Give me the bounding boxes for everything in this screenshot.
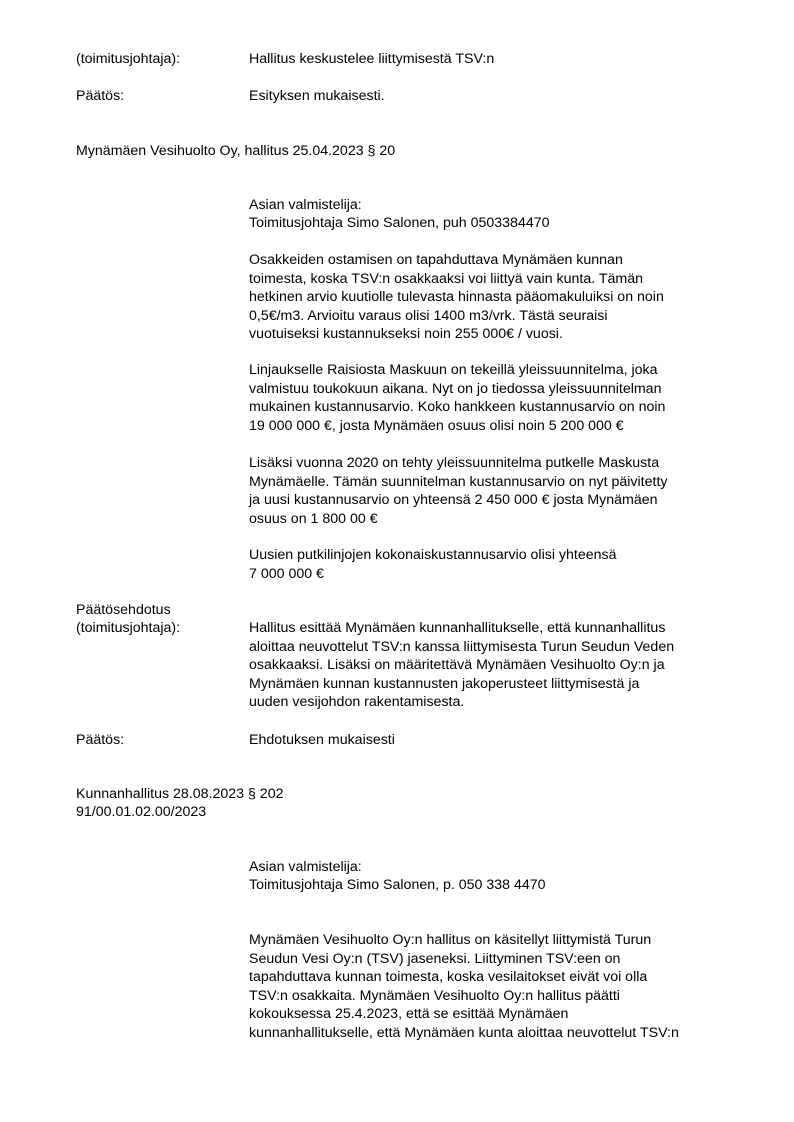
row1-value: Hallitus keskustelee liittymisestä TSV:n [249,50,494,69]
section2-heading: Kunnanhallitus 28.08.2023 § 202 [76,785,283,804]
section2-case-number: 91/00.01.02.00/2023 [76,803,206,822]
text-line: kokouksessa 25.4.2023, että se esittää M… [249,1005,679,1024]
text-line: uuden vesijohdon rakentamisesta. [249,693,674,712]
proposal-label: Päätösehdotus [76,601,171,620]
text-line: ja uusi kustannusarvio on yhteensä 2 450… [249,491,668,510]
text-line: mukainen kustannusarvio. Koko hankkeen k… [249,398,665,417]
section1-preparer-label: Asian valmistelija: [249,196,362,215]
section1-preparer: Toimitusjohtaja Simo Salonen, puh 050338… [249,214,550,233]
text-line: TSV:n osakkaita. Mynämäen Vesihuolto Oy:… [249,987,679,1006]
decision-value: Ehdotuksen mukaisesti [249,731,395,750]
text-line: Osakkeiden ostamisen on tapahduttava Myn… [249,251,664,270]
text-line: 7 000 000 € [249,565,617,584]
text-line: 0,5€/m3. Arvioitu varaus olisi 1400 m3/v… [249,307,664,326]
decision-label: Päätös: [76,731,124,750]
text-line: Hallitus esittää Mynämäen kunnanhallituk… [249,619,674,638]
text-line: Seudun Vesi Oy:n (TSV) jaseneksi. Liitty… [249,950,679,969]
section2-preparer-label: Asian valmistelija: [249,858,362,877]
text-line: osakkaaksi. Lisäksi on määritettävä Mynä… [249,656,674,675]
text-line: tapahduttava kunnan toimesta, koska vesi… [249,968,679,987]
text-line: valmistuu toukokuun aikana. Nyt on jo ti… [249,380,665,399]
section1-heading: Mynämäen Vesihuolto Oy, hallitus 25.04.2… [76,142,395,161]
text-line: vuotuiseksi kustannukseksi noin 255 000€… [249,325,664,344]
text-line: Mynämäelle. Tämän suunnitelman kustannus… [249,473,668,492]
text-line: hetkinen arvio kuutiolle tulevasta hinna… [249,288,664,307]
row2-label: Päätös: [76,87,124,106]
proposal-label-role: (toimitusjohtaja): [76,619,180,638]
text-line: osuus on 1 800 00 € [249,510,668,529]
section1-para1: Osakkeiden ostamisen on tapahduttava Myn… [249,251,664,344]
text-line: Mynämäen Vesihuolto Oy:n hallitus on käs… [249,931,679,950]
row1-label: (toimitusjohtaja): [76,50,180,69]
section1-proposal: Hallitus esittää Mynämäen kunnanhallituk… [249,619,674,712]
text-line: Linjaukselle Raisiosta Maskuun on tekeil… [249,361,665,380]
text-line: Lisäksi vuonna 2020 on tehty yleissuunni… [249,454,668,473]
text-line: Mynämäen kunnan kustannusten jakoperuste… [249,675,674,694]
section2-para1: Mynämäen Vesihuolto Oy:n hallitus on käs… [249,931,679,1042]
text-line: aloittaa neuvottelut TSV:n kanssa liitty… [249,638,674,657]
section1-para3: Lisäksi vuonna 2020 on tehty yleissuunni… [249,454,668,528]
text-line: 19 000 000 €, josta Mynämäen osuus olisi… [249,417,665,436]
text-line: toimesta, koska TSV:n osakkaaksi voi lii… [249,270,664,289]
section1-para2: Linjaukselle Raisiosta Maskuun on tekeil… [249,361,665,435]
text-line: Uusien putkilinjojen kokonaiskustannusar… [249,546,617,565]
section2-preparer: Toimitusjohtaja Simo Salonen, p. 050 338… [249,876,546,895]
section1-para4: Uusien putkilinjojen kokonaiskustannusar… [249,546,617,583]
text-line: kunnanhallitukselle, että Mynämäen kunta… [249,1024,679,1043]
row2-value: Esityksen mukaisesti. [249,87,385,106]
